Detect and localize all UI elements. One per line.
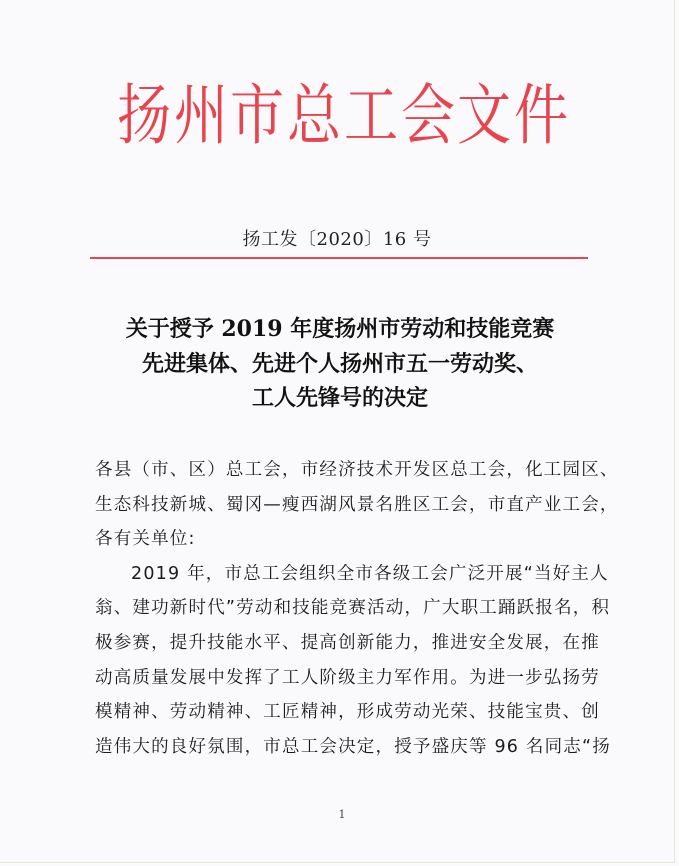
addressee-line: 各有关单位: [95, 522, 587, 557]
document-page: 扬 州 市 总 工 会 文 件 扬工发〔2020〕16 号 关于授予 2019 … [0, 0, 675, 863]
paragraph-line: 翁、建功新时代”劳动和技能竞赛活动，广大职工踊跃报名，积 [95, 591, 587, 626]
paragraph-line: 模精神、劳动精神、工匠精神，形成劳动光荣、技能宝贵、创 [95, 695, 587, 730]
masthead-char: 会 [400, 76, 445, 156]
headline-line: 工人先锋号的决定 [90, 381, 590, 416]
masthead-char: 总 [287, 76, 332, 156]
document-body: 各县（市、区）总工会，市经济技术开发区总工会，化工园区、 生态科技新城、蜀冈—瘦… [95, 453, 587, 764]
addressee-line: 生态科技新城、蜀冈—瘦西湖风景名胜区工会，市直产业工会， [95, 488, 587, 523]
document-number: 扬工发〔2020〕16 号 [0, 228, 674, 252]
masthead-char: 件 [514, 76, 559, 156]
paragraph-line: 2019 年，市总工会组织全市各级工会广泛开展“当好主人 [95, 557, 587, 592]
masthead-title: 扬 州 市 总 工 会 文 件 [112, 76, 564, 156]
paragraph-line: 动高质量发展中发挥了工人阶级主力军作用。为进一步弘扬劳 [95, 661, 587, 696]
red-divider-rule [90, 257, 588, 259]
addressee-line: 各县（市、区）总工会，市经济技术开发区总工会，化工园区、 [95, 453, 587, 488]
document-headline: 关于授予 2019 年度扬州市劳动和技能竞赛 先进集体、先进个人扬州市五一劳动奖… [90, 312, 590, 416]
headline-line: 先进集体、先进个人扬州市五一劳动奖、 [90, 347, 590, 382]
paragraph-line: 极参赛，提升技能水平、提高创新能力，推进安全发展，在推 [95, 626, 587, 661]
page-number: 1 [330, 808, 354, 821]
masthead-char: 扬 [117, 76, 162, 156]
masthead-char: 文 [457, 76, 502, 156]
headline-line: 关于授予 2019 年度扬州市劳动和技能竞赛 [90, 312, 590, 347]
masthead-char: 州 [174, 76, 219, 156]
paragraph-line: 造伟大的良好氛围，市总工会决定，授予盛庆等 96 名同志“扬 [95, 730, 587, 765]
masthead-char: 工 [344, 76, 389, 156]
masthead-char: 市 [230, 76, 275, 156]
